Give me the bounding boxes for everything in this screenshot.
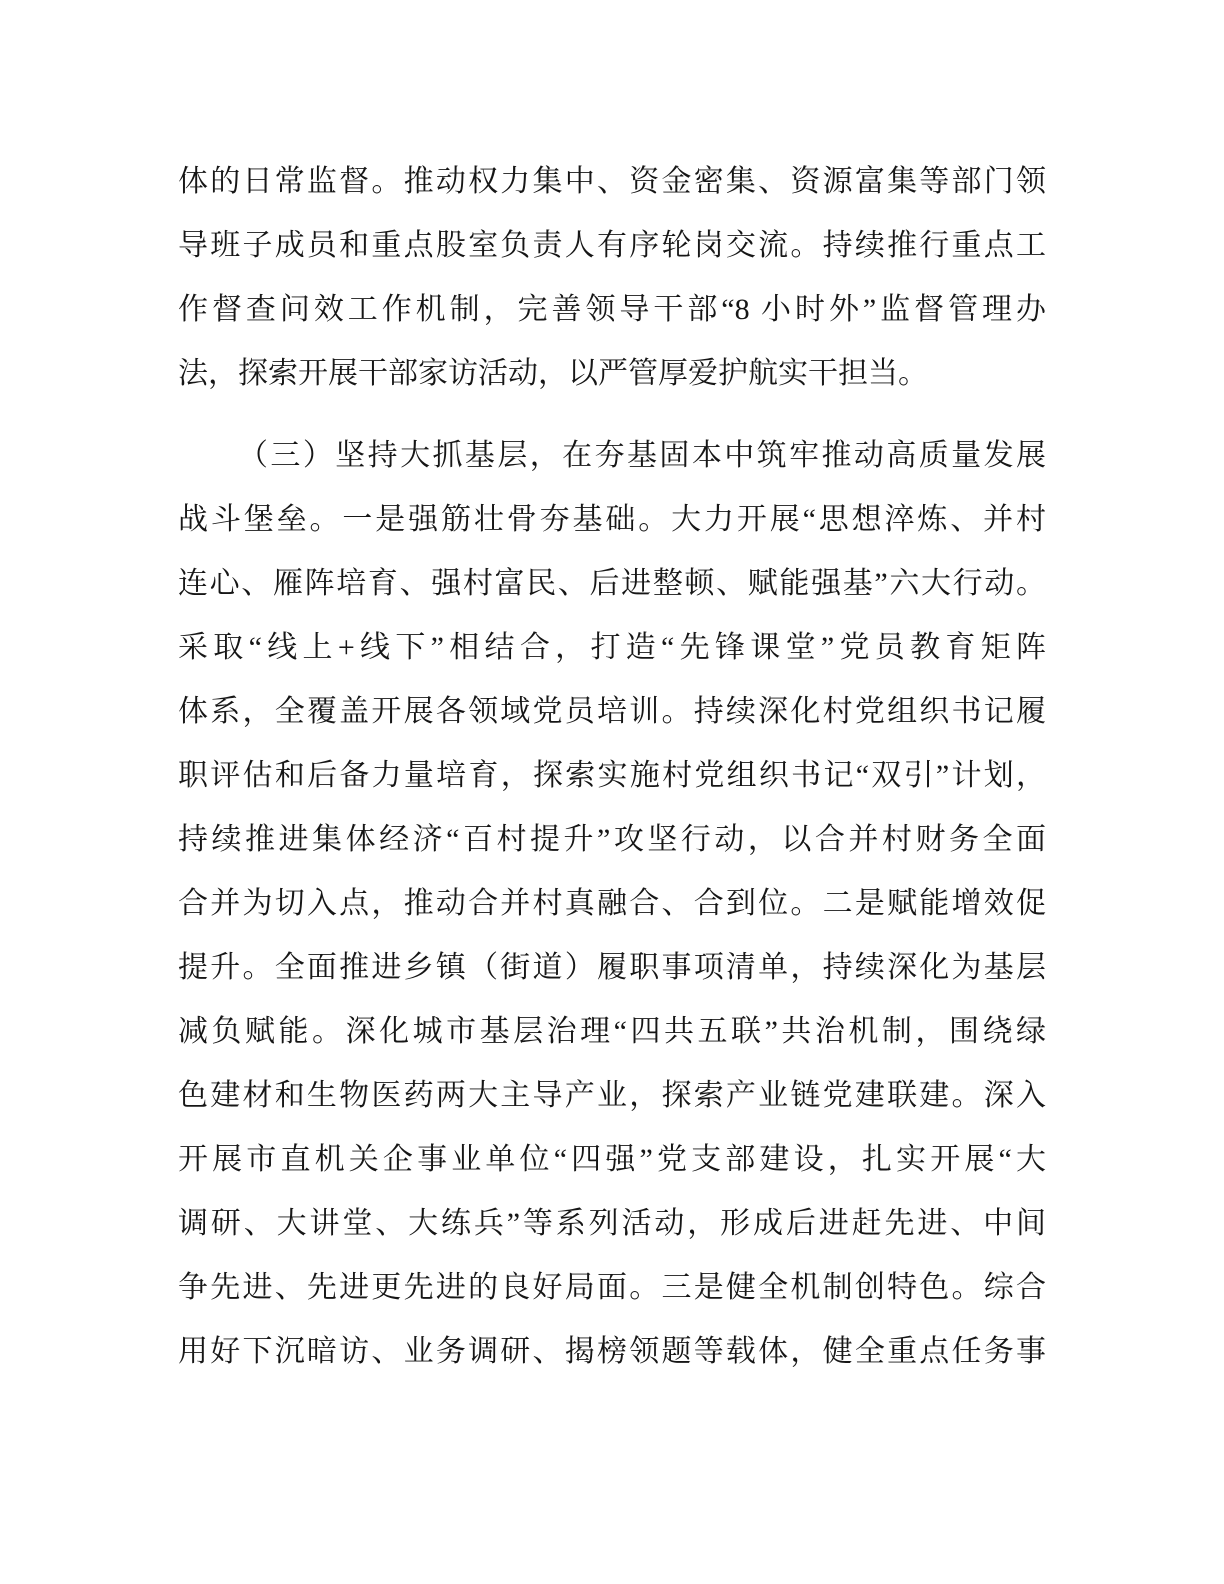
text-line: 争先进、先进更先进的良好局面。三是健全机制创特色。综合 [178,1256,1046,1320]
text-line: 职评估和后备力量培育，探索实施村党组织书记“双引”计划， [178,744,1046,808]
text-line: 连心、雁阵培育、强村富民、后进整顿、赋能强基”六大行动。 [178,552,1046,616]
text-line: 战斗堡垒。一是强筋壮骨夯基础。大力开展“思想淬炼、并村 [178,488,1046,552]
text-line: 开展市直机关企事业单位“四强”党支部建设，扎实开展“大 [178,1128,1046,1192]
text-line: 作督查问效工作机制，完善领导干部“8 小时外”监督管理办 [178,278,1046,342]
text-line: 减负赋能。深化城市基层治理“四共五联”共治机制，围绕绿 [178,1000,1046,1064]
paragraph-continuation: 体的日常监督。推动权力集中、资金密集、资源富集等部门领 导班子成员和重点股室负责… [178,150,1046,406]
text-line: 导班子成员和重点股室负责人有序轮岗交流。持续推行重点工 [178,214,1046,278]
text-line: 调研、大讲堂、大练兵”等系列活动，形成后进赶先进、中间 [178,1192,1046,1256]
text-line: 色建材和生物医药两大主导产业，探索产业链党建联建。深入 [178,1064,1046,1128]
text-line: 提升。全面推进乡镇（街道）履职事项清单，持续深化为基层 [178,936,1046,1000]
text-line: 持续推进集体经济“百村提升”攻坚行动，以合并村财务全面 [178,808,1046,872]
text-line-section-heading: （三）坚持大抓基层，在夯基固本中筑牢推动高质量发展 [178,424,1046,488]
text-line: 法，探索开展干部家访活动，以严管厚爱护航实干担当。 [178,342,1046,406]
text-line: 用好下沉暗访、业务调研、揭榜领题等载体，健全重点任务事 [178,1320,1046,1384]
text-line: 合并为切入点，推动合并村真融合、合到位。二是赋能增效促 [178,872,1046,936]
text-line: 体的日常监督。推动权力集中、资金密集、资源富集等部门领 [178,150,1046,214]
text-line: 体系，全覆盖开展各领域党员培训。持续深化村党组织书记履 [178,680,1046,744]
paragraph-section-three: （三）坚持大抓基层，在夯基固本中筑牢推动高质量发展 战斗堡垒。一是强筋壮骨夯基础… [178,424,1046,1384]
document-page: 体的日常监督。推动权力集中、资金密集、资源富集等部门领 导班子成员和重点股室负责… [0,0,1224,1584]
text-line: 采取“线上+线下”相结合，打造“先锋课堂”党员教育矩阵 [178,616,1046,680]
